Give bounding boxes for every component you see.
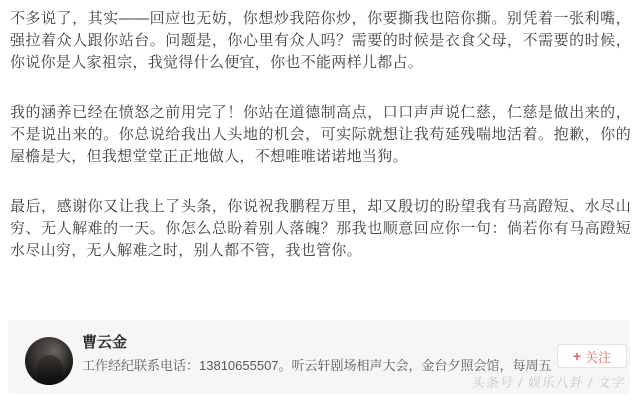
toutiao-watermark: 头条号 / 娱乐八卦 / 文字 xyxy=(471,372,627,391)
follow-button[interactable]: + 关注 xyxy=(557,344,627,368)
article-paragraph-1: 不多说了，其实——回应也无妨，你想炒我陪你炒，你要撕我也陪你撕。别凭着一张利嘴，… xyxy=(10,8,631,74)
article-paragraph-2: 我的涵养已经在愤怒之前用完了！你站在道德制高点，口口声声说仁慈，仁慈是做出来的，… xyxy=(10,102,631,168)
author-avatar[interactable] xyxy=(25,337,73,385)
article-paragraph-3: 最后，感谢你又让我上了头条，你说祝我鹏程万里，却又殷切的盼望我有马高蹬短、水尽山… xyxy=(10,196,631,262)
author-name[interactable]: 曹云金 xyxy=(82,334,127,351)
follow-button-label: 关注 xyxy=(585,347,611,366)
author-card: 曹云金 工作经纪联系电话：13810655507。听云轩剧场相声大会，金台夕照会… xyxy=(8,320,630,394)
plus-icon: + xyxy=(573,349,581,363)
article-body: 不多说了，其实——回应也无妨，你想炒我陪你炒，你要撕我也陪你撕。别凭着一张利嘴，… xyxy=(10,8,631,290)
